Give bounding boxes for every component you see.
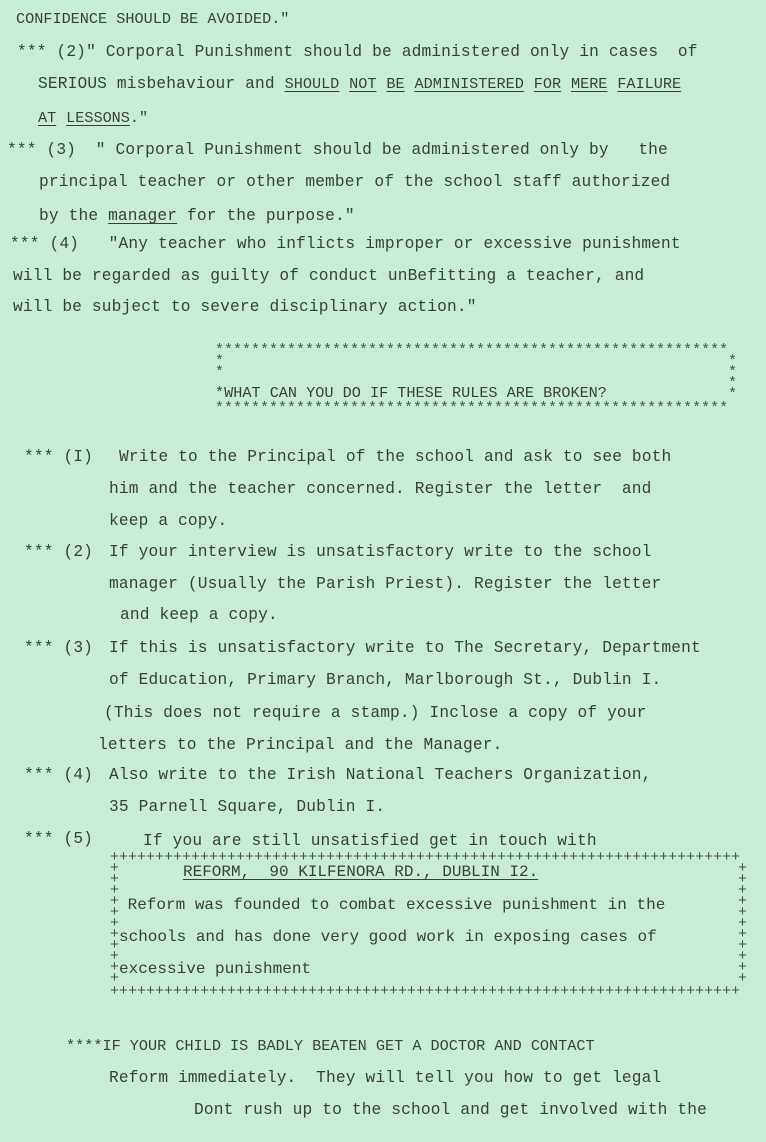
step-marker: *** (I) <box>24 447 93 467</box>
rule-text: " Corporal Punishment should be administ… <box>86 43 698 61</box>
rule-marker: *** (2) <box>17 43 86 61</box>
underlined-word: ADMINISTERED <box>415 75 524 93</box>
rule-text: ." <box>130 109 148 127</box>
step-text: manager (Usually the Parish Priest). Reg… <box>109 574 661 594</box>
step-text: letters to the Principal and the Manager… <box>98 735 502 755</box>
step-text: Write to the Principal of the school and… <box>119 447 671 467</box>
step-text: 35 Parnell Square, Dublin I. <box>109 797 385 817</box>
rule-text: by the <box>39 207 108 225</box>
step-text: If this is unsatisfactory write to The S… <box>109 638 701 658</box>
step-text: him and the teacher concerned. Register … <box>109 479 652 499</box>
closing-line: Dont rush up to the school and get invol… <box>194 1100 707 1120</box>
step-text: If your interview is unsatisfactory writ… <box>109 542 652 562</box>
rule-text: SERIOUS misbehaviour and <box>38 75 285 93</box>
asterisk-border-right: * * * * <box>728 356 737 400</box>
step-marker: *** (5) <box>24 829 93 849</box>
rule-text: for the purpose." <box>177 207 355 225</box>
rule-text: " Corporal Punishment should be administ… <box>76 141 668 159</box>
step-text: (This does not require a stamp.) Inclose… <box>104 703 647 723</box>
asterisk-border-bottom: ****************************************… <box>215 403 728 414</box>
rule-marker: *** (4) <box>10 235 79 253</box>
step-text: of Education, Primary Branch, Marlboroug… <box>109 670 661 690</box>
step-text: Also write to the Irish National Teacher… <box>109 765 652 785</box>
underlined-word: MERE <box>571 75 607 93</box>
rule-text: will be subject to severe disciplinary a… <box>13 297 477 317</box>
plus-border-bottom: ++++++++++++++++++++++++++++++++++++++++… <box>110 986 740 997</box>
rule-marker: *** (3) <box>7 141 76 159</box>
underlined-word: SHOULD <box>285 75 340 93</box>
underlined-word: LESSONS <box>66 109 130 127</box>
step-text: keep a copy. <box>109 511 227 531</box>
reform-description: excessive punishment <box>119 959 311 979</box>
closing-line: ****IF YOUR CHILD IS BADLY BEATEN GET A … <box>66 1036 595 1056</box>
underlined-word: manager <box>108 207 177 225</box>
underlined-word: BE <box>386 75 404 93</box>
rule-text: principal teacher or other member of the… <box>39 172 670 192</box>
asterisk-border-left: * * <box>215 356 224 378</box>
underlined-word: FOR <box>534 75 561 93</box>
reform-description: schools and has done very good work in e… <box>119 927 657 947</box>
step-text: and keep a copy. <box>120 605 278 625</box>
underlined-word: AT <box>38 109 56 127</box>
step-text: If you are still unsatisfied get in touc… <box>143 831 597 851</box>
step-marker: *** (4) <box>24 765 93 785</box>
intro-tail: CONFIDENCE SHOULD BE AVOIDED." <box>16 9 289 29</box>
plus-border-left: + + + + + + + + + + + <box>110 863 119 984</box>
rule-text: will be regarded as guilty of conduct un… <box>13 266 644 286</box>
asterisk-border-top: ****************************************… <box>215 345 728 356</box>
step-marker: *** (2) <box>24 542 93 562</box>
underlined-word: NOT <box>349 75 376 93</box>
step-marker: *** (3) <box>24 638 93 658</box>
reform-address: REFORM, 90 KILFENORA RD., DUBLIN I2. <box>183 863 538 881</box>
closing-line: Reform immediately. They will tell you h… <box>109 1068 661 1088</box>
underlined-word: FAILURE <box>617 75 681 93</box>
rule-text: "Any teacher who inflicts improper or ex… <box>79 235 681 253</box>
plus-border-right: + + + + + + + + + + + <box>738 863 747 984</box>
reform-description: Reform was founded to combat excessive p… <box>118 895 665 915</box>
